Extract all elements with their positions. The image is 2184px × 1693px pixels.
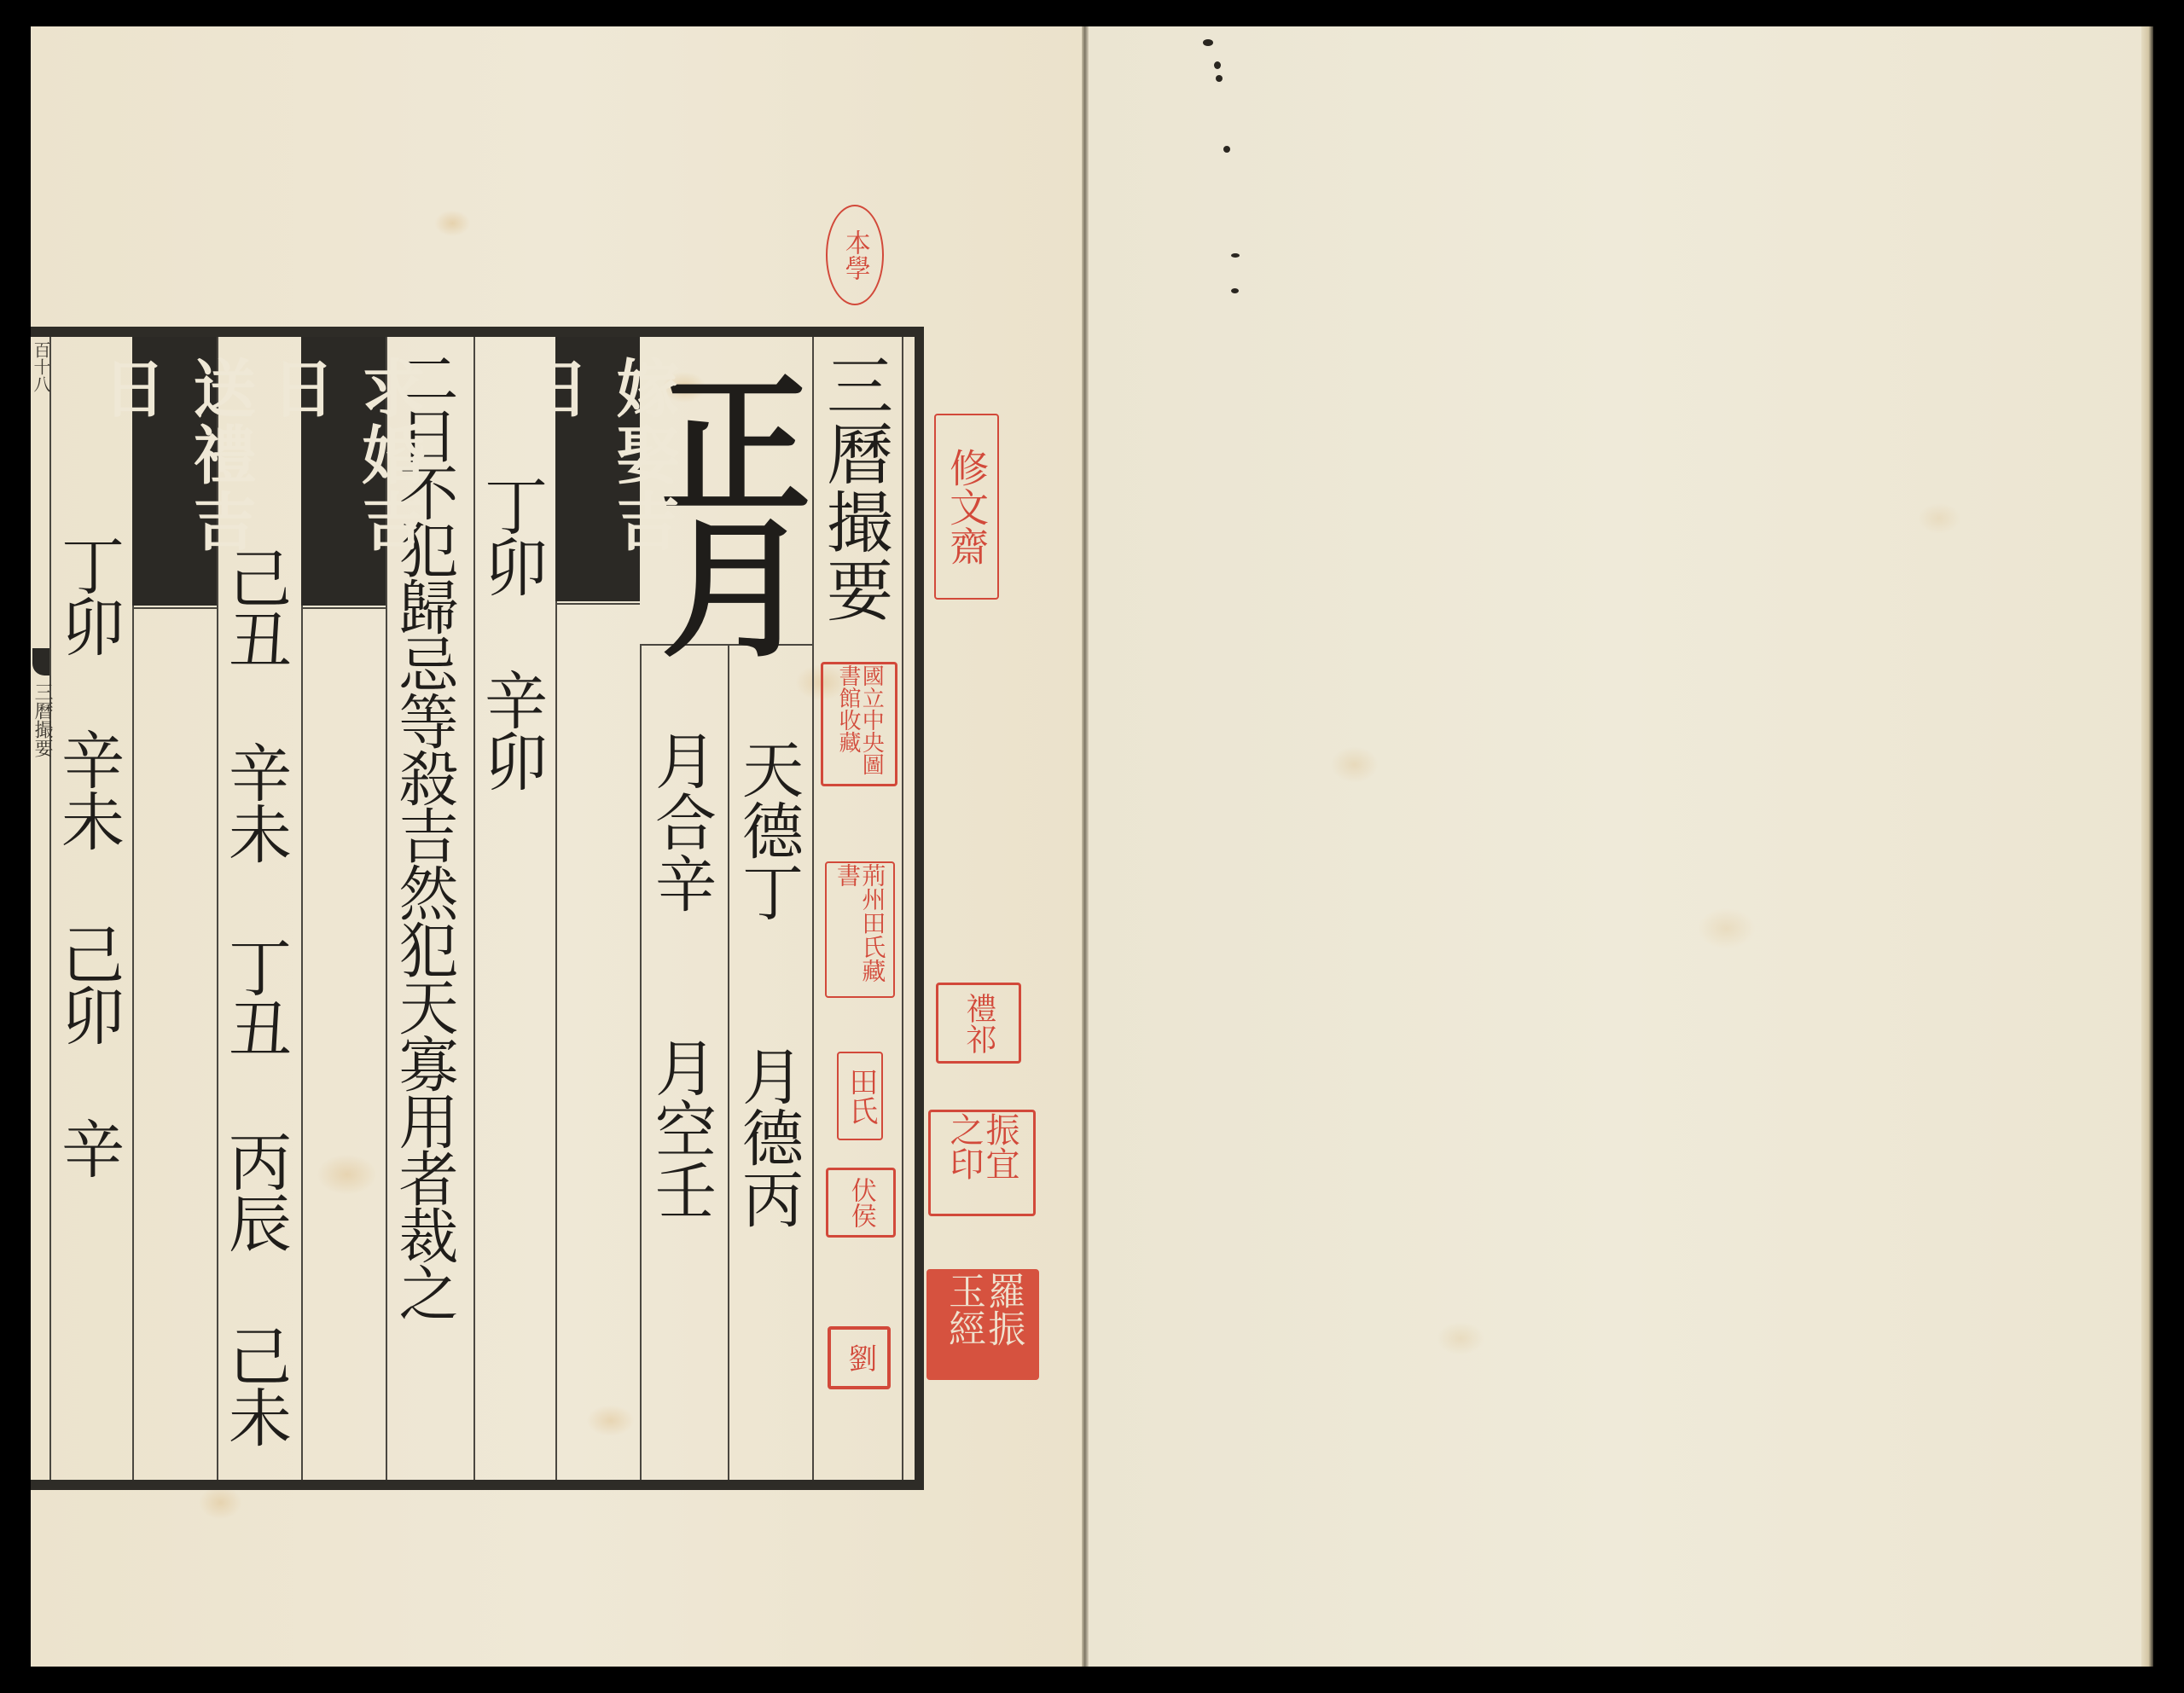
seal-library: 國立中央圖書館收藏 [821,662,897,786]
ink-mark [1203,39,1213,46]
seal-tianshi: 荊州田氏藏書 [825,861,895,998]
ink-mark [1231,288,1239,293]
column-rule [812,337,814,1480]
label-cell-rule [301,607,386,609]
gift-days: 丁卯 辛未 己卯 辛 [56,533,119,1178]
ink-mark [1216,75,1223,82]
seal-outer-3: 羅振玉經 [926,1269,1039,1380]
ink-mark [1223,146,1230,153]
yuede-note: 月德丙 [737,1045,799,1229]
margin-page-number: 百十八 [32,341,49,392]
label-cell-rule [555,603,640,605]
ink-mark [1231,253,1240,258]
section-label-proposal: 求婚吉日 [301,337,386,606]
frame-top-border [31,327,924,337]
section-label-marriage: 嫁娶吉日 [555,337,640,601]
section-label-gifts: 送禮吉日 [132,337,217,606]
frame-bottom-border [31,1480,924,1490]
frame-right-border [915,327,924,1490]
proposal-days: 己丑 辛未 丁丑 丙辰 己未 [224,546,287,1447]
label-cell-rule [132,607,217,609]
seal-square-5: 劉 [828,1326,891,1389]
page-edge [2141,26,2153,1667]
seal-outer-2: 振宜之印 [928,1110,1036,1216]
right-page-blank [1089,26,2152,1667]
column-rule [728,644,729,1480]
seal-outer-1: 禮祁 [936,983,1021,1064]
seal-square-3: 田氏 [837,1052,883,1140]
yuekong-note: 月空壬 [650,1036,712,1220]
book-title: 三曆撮要 [821,351,887,624]
margin-title: 三曆撮要 [32,682,51,757]
tiande-note: 天德丁 [737,738,799,922]
column-rule [640,644,642,1480]
seal-tall: 修文齋 [934,414,999,600]
column-rule [902,337,903,1480]
marriage-days: 丁卯 辛卯 [479,473,543,791]
yuehe-note: 月合辛 [650,729,712,913]
seal-oval: 本學 [826,205,884,305]
ink-mark [1214,61,1221,69]
book-spine-fold [1082,26,1089,1667]
seal-square-4: 伏侯 [826,1168,896,1238]
fishtail-mark [32,648,49,675]
